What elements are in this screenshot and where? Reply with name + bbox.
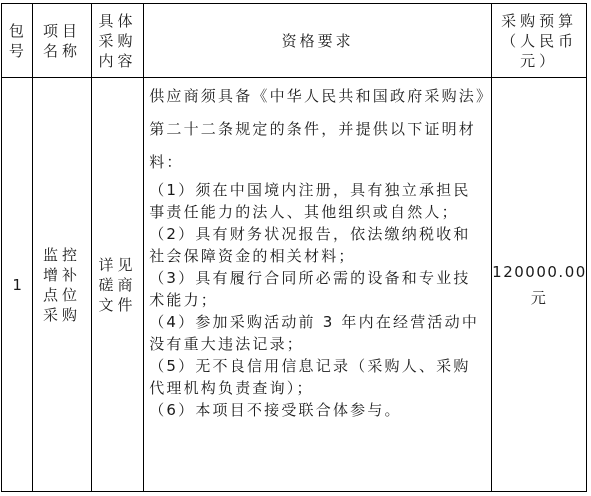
- cell-package-no: 1: [2, 78, 33, 492]
- qualification-item: （1）须在中国境内注册，具有独立承担民事责任能力的法人、其他组织或自然人；: [149, 179, 487, 223]
- budget-amount: 120000.00: [492, 259, 586, 285]
- header-item-name: 项目名称: [33, 4, 92, 78]
- cell-qualification: 供应商须具备《中华人民共和国政府采购法》第二十二条规定的条件，并提供以下证明材料…: [144, 78, 492, 492]
- qualification-item: （3）具有履行合同所必需的设备和专业技术能力；: [149, 267, 487, 311]
- header-budget: 采购预算（人民币元）: [492, 4, 587, 78]
- cell-item-name: 监控增补点位采购: [33, 78, 92, 492]
- header-row: 包号 项目名称 具体采购内容 资格要求 采购预算（人民币元）: [2, 4, 587, 78]
- header-qualification: 资格要求: [144, 4, 492, 78]
- cell-budget: 120000.00 元: [492, 78, 587, 492]
- qualification-item: （4）参加采购活动前 3 年内在经营活动中没有重大违法记录；: [149, 311, 487, 355]
- budget-unit: 元: [492, 285, 586, 311]
- qualification-item: （6）本项目不接受联合体参与。: [149, 399, 487, 421]
- qualification-item: （2）具有财务状况报告，依法缴纳税收和社会保障资金的相关材料；: [149, 223, 487, 267]
- qualification-item: （5）无不良信用信息记录（采购人、采购代理机构负责查询）；: [149, 355, 487, 399]
- header-content: 具体采购内容: [91, 4, 143, 78]
- header-package-no: 包号: [2, 4, 33, 78]
- qualification-intro: 供应商须具备《中华人民共和国政府采购法》第二十二条规定的条件，并提供以下证明材料…: [149, 80, 487, 179]
- cell-content: 详见磋商文件: [91, 78, 143, 492]
- procurement-table: 包号 项目名称 具体采购内容 资格要求 采购预算（人民币元） 1 监控增补点位采…: [1, 3, 587, 492]
- table-row: 1 监控增补点位采购 详见磋商文件 供应商须具备《中华人民共和国政府采购法》第二…: [2, 78, 587, 492]
